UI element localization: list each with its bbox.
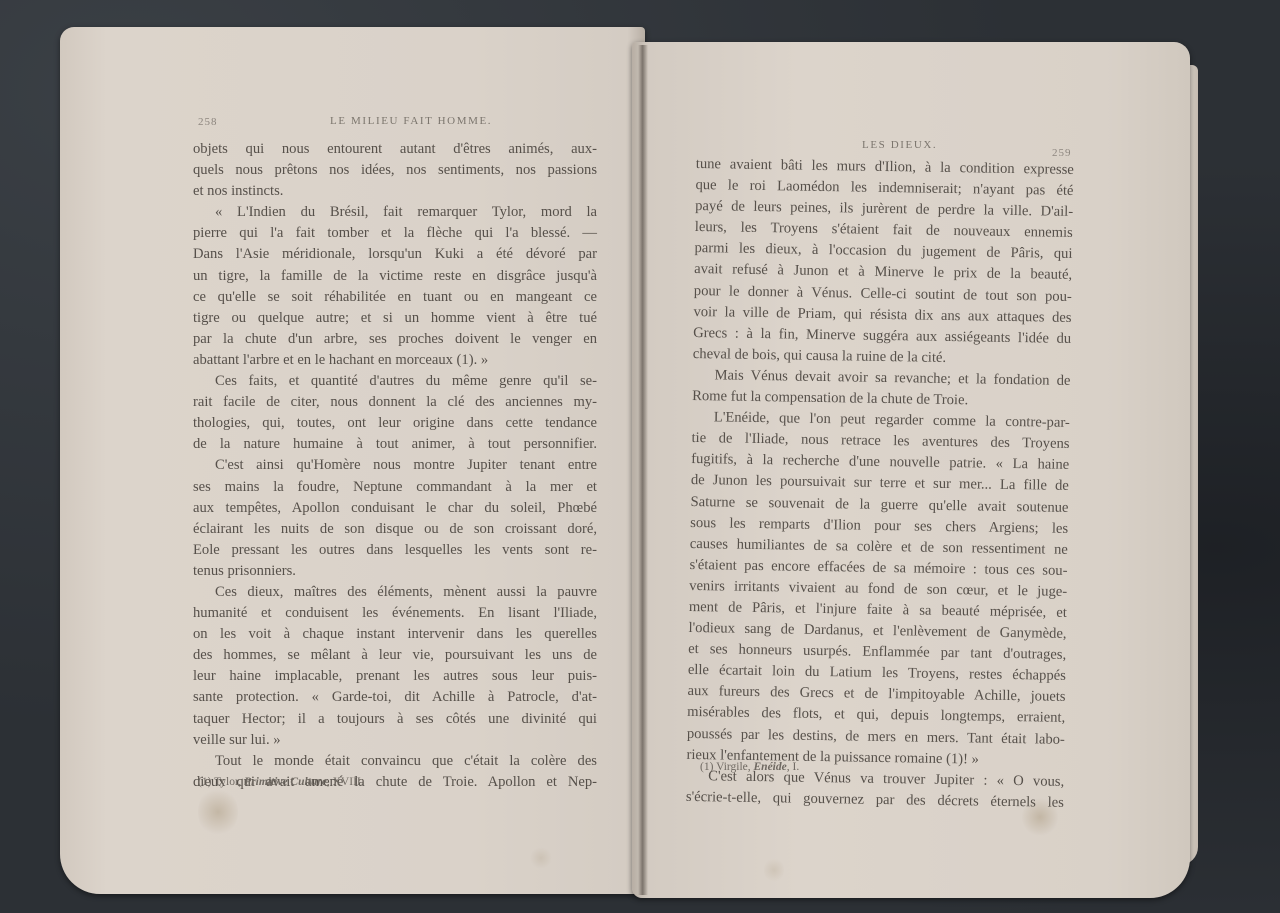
text-line: par la chute d'un arbre, ses proches doi…: [193, 329, 597, 350]
left-page: 258 LE MILIEU FAIT HOMME. objets qui nou…: [60, 27, 645, 894]
text-line: ses mains la foudre, Neptune commandant …: [193, 477, 597, 498]
text-line: Ces faits, et quantité d'autres du même …: [193, 371, 597, 392]
text-line: « L'Indien du Brésil, fait remarquer Tyl…: [193, 202, 597, 223]
body-text: objets qui nous entourent autant d'êtres…: [193, 139, 597, 793]
text-line: quels nous prêtons nos idées, nos sentim…: [193, 160, 597, 181]
text-line: tenus prisonniers.: [193, 561, 597, 582]
text-line: et nos instincts.: [193, 181, 597, 202]
footnote: (1) Virgile, Enéide, I.: [700, 761, 799, 773]
footnote-suffix: , XVIII.: [327, 776, 364, 788]
foxing-stain: [764, 857, 784, 883]
footnote: (1) Tylor, Primitive Culture, XVIII.: [198, 776, 364, 788]
body-text: tune avaient bâti les murs d'Ilion, à la…: [686, 154, 1074, 814]
footnote-marker: (1) Virgile,: [700, 761, 754, 773]
footnote-marker: (1) Tylor,: [198, 776, 244, 788]
text-line: taquer Hector; il a toujours à ses côtés…: [193, 709, 597, 730]
text-line: Eole pressant les outres dans lesquelles…: [193, 540, 597, 561]
text-line: éclairant les nuits de son disque ou de …: [193, 519, 597, 540]
text-line: Tout le monde était convaincu que c'étai…: [193, 751, 597, 772]
foxing-stain: [530, 847, 552, 869]
text-line: un tigre, la famille de la victime reste…: [193, 266, 597, 287]
text-line: veille sur lui. »: [193, 730, 597, 751]
text-line: on les voit à chaque instant intervenir …: [193, 624, 597, 645]
text-line: Dans l'Asie méridionale, lorsqu'un Kuki …: [193, 244, 597, 265]
page-number: 258: [198, 116, 218, 128]
footnote-suffix: , I.: [787, 761, 799, 773]
footnote-title: Primitive Culture: [244, 776, 327, 788]
text-line: ce qu'elle se soit réhabilitée en tuant …: [193, 287, 597, 308]
foxing-stain: [198, 787, 238, 837]
page-number: 259: [1052, 147, 1072, 159]
text-line: rait facile de citer, nous donnent la cl…: [193, 392, 597, 413]
footnote-title: Enéide: [754, 761, 787, 773]
text-line: humanité et conduisent les événements. E…: [193, 603, 597, 624]
text-line: de la nature humaine à tout animer, à to…: [193, 434, 597, 455]
text-line: abattant l'arbre et en le hachant en mor…: [193, 350, 597, 371]
running-head: LES DIEUX.: [862, 139, 937, 151]
book-gutter: [638, 45, 648, 895]
text-line: des hommes, se mêlant à leur vie, poursu…: [193, 645, 597, 666]
text-line: Ces dieux, maîtres des éléments, mènent …: [193, 582, 597, 603]
text-line: tigre ou quelque autre; et si un homme v…: [193, 308, 597, 329]
running-head: LE MILIEU FAIT HOMME.: [330, 115, 492, 127]
text-line: pierre qui l'a fait tomber et la flèche …: [193, 223, 597, 244]
text-line: leur haine implacable, prenant les autre…: [193, 666, 597, 687]
text-line: sante protection. « Garde-toi, dit Achil…: [193, 687, 597, 708]
text-line: aux tempêtes, Apollon conduisant le char…: [193, 498, 597, 519]
text-line: C'est ainsi qu'Homère nous montre Jupite…: [193, 455, 597, 476]
text-line: objets qui nous entourent autant d'êtres…: [193, 139, 597, 160]
right-page: LES DIEUX. 259 tune avaient bâti les mur…: [632, 42, 1190, 898]
text-line: thologies, qui, toutes, ont leur origine…: [193, 413, 597, 434]
